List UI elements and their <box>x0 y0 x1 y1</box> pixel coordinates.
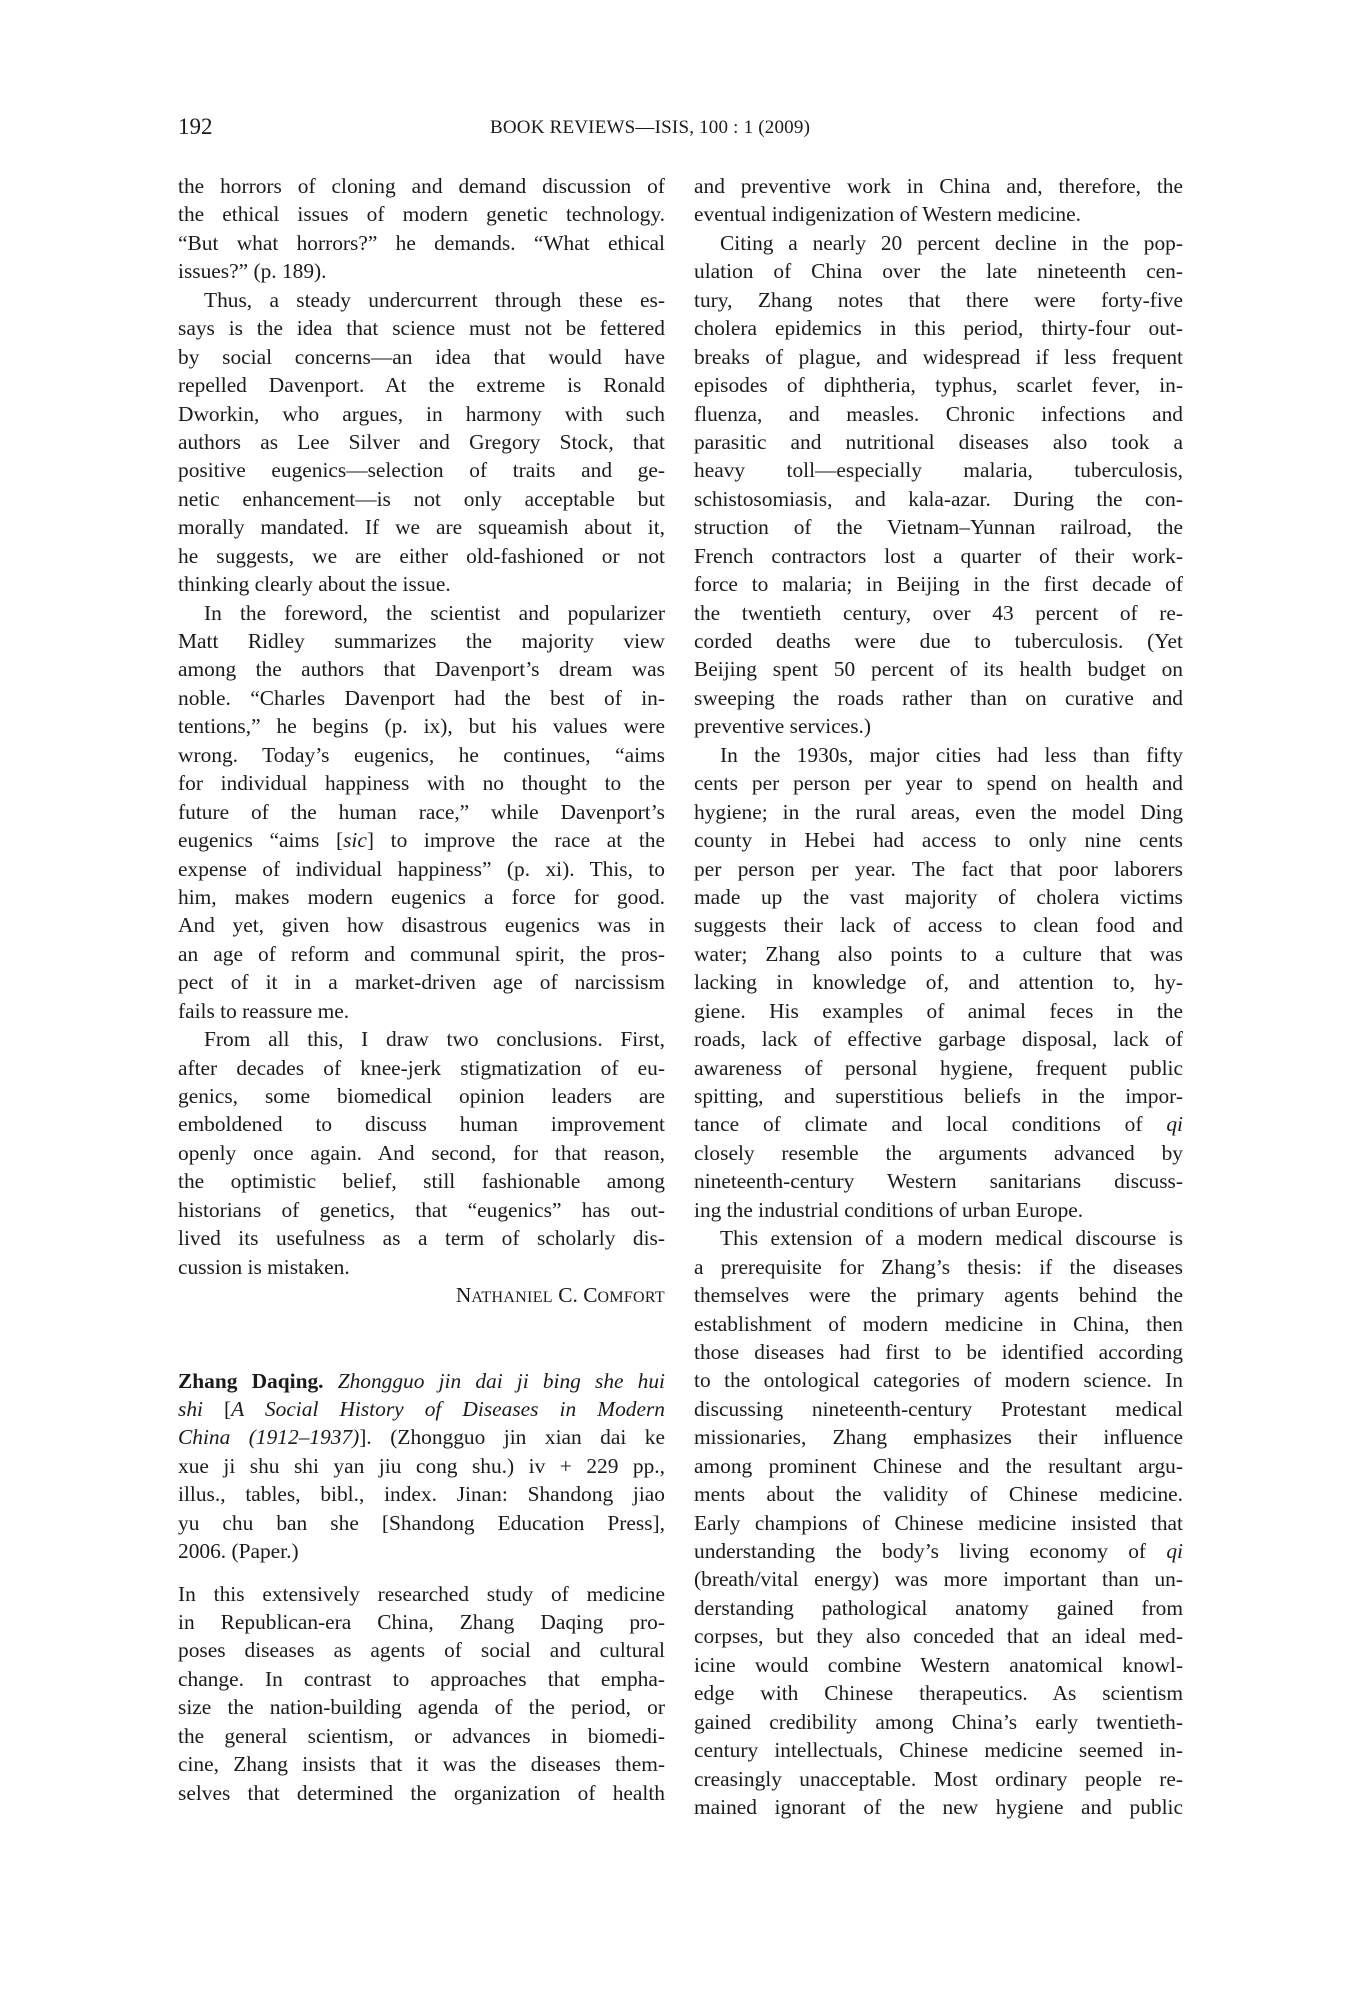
text-line: tance of climate and local conditions of… <box>694 1110 1183 1138</box>
text-line: In this extensively researched study of … <box>178 1580 665 1608</box>
text-line: among prominent Chinese and the resultan… <box>694 1452 1183 1480</box>
text-line: Dworkin, who argues, in harmony with suc… <box>178 400 665 428</box>
text-line: morally mandated. If we are squeamish ab… <box>178 513 665 541</box>
text-line: after decades of knee-jerk stigmatizatio… <box>178 1054 665 1082</box>
text-line: tury, Zhang notes that there were forty-… <box>694 286 1183 314</box>
paragraph: the horrors of cloning and demand discus… <box>178 172 665 286</box>
text-line: in Republican-era China, Zhang Daqing pr… <box>178 1608 665 1636</box>
text-line: historians of genetics, that “eugenics” … <box>178 1196 665 1224</box>
text-line: noble. “Charles Davenport had the best o… <box>178 684 665 712</box>
text-line: lacking in knowledge of, and attention t… <box>694 968 1183 996</box>
text-line: “But what horrors?” he demands. “What et… <box>178 229 665 257</box>
text-line: openly once again. And second, for that … <box>178 1139 665 1167</box>
text-line: says is the idea that science must not b… <box>178 314 665 342</box>
paragraph: and preventive work in China and, theref… <box>694 172 1183 229</box>
text-line: establishment of modern medicine in Chin… <box>694 1310 1183 1338</box>
text-line: French contractors lost a quarter of the… <box>694 542 1183 570</box>
text-line: ulation of China over the late nineteent… <box>694 257 1183 285</box>
text-line: expense of individual happiness” (p. xi)… <box>178 855 665 883</box>
text-line: In the 1930s, major cities had less than… <box>694 741 1183 769</box>
text-line: issues?” (p. 189). <box>178 257 665 285</box>
page-number: 192 <box>178 114 213 140</box>
text-line: water; Zhang also points to a culture th… <box>694 940 1183 968</box>
text-line: cussion is mistaken. <box>178 1253 665 1281</box>
text-line: suggests their lack of access to clean f… <box>694 911 1183 939</box>
text-line: fails to reassure me. <box>178 997 665 1025</box>
text-line: mained ignorant of the new hygiene and p… <box>694 1793 1183 1821</box>
text-line: gained credibility among China’s early t… <box>694 1708 1183 1736</box>
text-line: schistosomiasis, and kala-azar. During t… <box>694 485 1183 513</box>
text-line: county in Hebei had access to only nine … <box>694 826 1183 854</box>
paragraph: Thus, a steady undercurrent through thes… <box>178 286 665 599</box>
text-line: for individual happiness with no thought… <box>178 769 665 797</box>
text-line: edge with Chinese therapeutics. As scien… <box>694 1679 1183 1707</box>
text-line: Thus, a steady undercurrent through thes… <box>178 286 665 314</box>
text-line: fluenza, and measles. Chronic infections… <box>694 400 1183 428</box>
left-column: the horrors of cloning and demand discus… <box>178 172 665 1807</box>
text-line: per person per year. The fact that poor … <box>694 855 1183 883</box>
text-line: sweeping the roads rather than on curati… <box>694 684 1183 712</box>
text-line: cholera epidemics in this period, thirty… <box>694 314 1183 342</box>
text-line: struction of the Vietnam–Yunnan railroad… <box>694 513 1183 541</box>
text-line: he suggests, we are either old-fashioned… <box>178 542 665 570</box>
text-line: nineteenth-century Western sanitarians d… <box>694 1167 1183 1195</box>
text-line: roads, lack of effective garbage disposa… <box>694 1025 1183 1053</box>
text-line: future of the human race,” while Davenpo… <box>178 798 665 826</box>
text-line: the ethical issues of modern genetic tec… <box>178 200 665 228</box>
reviewed-title: Zhongguo jin dai ji bing she hui <box>338 1369 665 1393</box>
text-line: wrong. Today’s eugenics, he continues, “… <box>178 741 665 769</box>
text-line: selves that determined the organization … <box>178 1779 665 1807</box>
text-line: themselves were the primary agents behin… <box>694 1281 1183 1309</box>
text-line: the horrors of cloning and demand discus… <box>178 172 665 200</box>
text-line: size the nation-building agenda of the p… <box>178 1693 665 1721</box>
paragraph: In the foreword, the scientist and popul… <box>178 599 665 1026</box>
running-head: BOOK REVIEWS—ISIS, 100 : 1 (2009) <box>490 117 810 139</box>
paragraph: From all this, I draw two conclusions. F… <box>178 1025 665 1281</box>
text-line: corded deaths were due to tuberculosis. … <box>694 627 1183 655</box>
text-line: awareness of personal hygiene, frequent … <box>694 1054 1183 1082</box>
text-line: preventive services.) <box>694 712 1183 740</box>
text-line: eventual indigenization of Western medic… <box>694 200 1183 228</box>
text-line: This extension of a modern medical disco… <box>694 1224 1183 1252</box>
text-line: genics, some biomedical opinion leaders … <box>178 1082 665 1110</box>
text-line: a prerequisite for Zhang’s thesis: if th… <box>694 1253 1183 1281</box>
text-line: positive eugenics—selection of traits an… <box>178 456 665 484</box>
text-line: by social concerns—an idea that would ha… <box>178 343 665 371</box>
text-line: cents per person per year to spend on he… <box>694 769 1183 797</box>
text-line: tentions,” he begins (p. ix), but his va… <box>178 712 665 740</box>
text-line: ments about the validity of Chinese medi… <box>694 1480 1183 1508</box>
text-line: episodes of diphtheria, typhus, scarlet … <box>694 371 1183 399</box>
text-line: And yet, given how disastrous eugenics w… <box>178 911 665 939</box>
text-line: emboldened to discuss human improvement <box>178 1110 665 1138</box>
text-line: those diseases had first to be identifie… <box>694 1338 1183 1366</box>
text-line: change. In contrast to approaches that e… <box>178 1665 665 1693</box>
text-line: force to malaria; in Beijing in the firs… <box>694 570 1183 598</box>
text-line: discussing nineteenth-century Protestant… <box>694 1395 1183 1423</box>
text-line: Citing a nearly 20 percent decline in th… <box>694 229 1183 257</box>
text-line: cine, Zhang insists that it was the dise… <box>178 1750 665 1778</box>
text-line: spitting, and superstitious beliefs in t… <box>694 1082 1183 1110</box>
text-line: breaks of plague, and widespread if less… <box>694 343 1183 371</box>
text-line: the twentieth century, over 43 percent o… <box>694 599 1183 627</box>
paragraph: This extension of a modern medical disco… <box>694 1224 1183 1821</box>
text-line: Early champions of Chinese medicine insi… <box>694 1509 1183 1537</box>
text-line: In the foreword, the scientist and popul… <box>178 599 665 627</box>
text-line: corpses, but they also conceded that an … <box>694 1622 1183 1650</box>
reviewer-signature: NATHANIEL C. COMFORT <box>178 1281 665 1309</box>
text-line: hygiene; in the rural areas, even the mo… <box>694 798 1183 826</box>
text-line: missionaries, Zhang emphasizes their inf… <box>694 1423 1183 1451</box>
text-line: ing the industrial conditions of urban E… <box>694 1196 1183 1224</box>
text-line: the general scientism, or advances in bi… <box>178 1722 665 1750</box>
text-line: thinking clearly about the issue. <box>178 570 665 598</box>
text-line: netic enhancement—is not only acceptable… <box>178 485 665 513</box>
text-line: parasitic and nutritional diseases also … <box>694 428 1183 456</box>
review-heading: Zhang Daqing. Zhongguo jin dai ji bing s… <box>178 1367 665 1566</box>
text-line: pect of it in a market-driven age of nar… <box>178 968 665 996</box>
text-line: authors as Lee Silver and Gregory Stock,… <box>178 428 665 456</box>
text-line: an age of reform and communal spirit, th… <box>178 940 665 968</box>
paragraph: Citing a nearly 20 percent decline in th… <box>694 229 1183 741</box>
text-line: derstanding pathological anatomy gained … <box>694 1594 1183 1622</box>
text-line: the optimistic belief, still fashionable… <box>178 1167 665 1195</box>
text-line: century intellectuals, Chinese medicine … <box>694 1736 1183 1764</box>
text-line: Beijing spent 50 percent of its health b… <box>694 655 1183 683</box>
text-line: creasingly unacceptable. Most ordinary p… <box>694 1765 1183 1793</box>
text-line: and preventive work in China and, theref… <box>694 172 1183 200</box>
text-line: heavy toll—especially malaria, tuberculo… <box>694 456 1183 484</box>
text-line: giene. His examples of animal feces in t… <box>694 997 1183 1025</box>
text-line: (breath/vital energy) was more important… <box>694 1565 1183 1593</box>
text-line: poses diseases as agents of social and c… <box>178 1636 665 1664</box>
text-line: eugenics “aims [sic] to improve the race… <box>178 826 665 854</box>
text-line: to the ontological categories of modern … <box>694 1366 1183 1394</box>
text-line: understanding the body’s living economy … <box>694 1537 1183 1565</box>
reviewed-author: Zhang Daqing. <box>178 1369 324 1393</box>
text-line: among the authors that Davenport’s dream… <box>178 655 665 683</box>
text-line: From all this, I draw two conclusions. F… <box>178 1025 665 1053</box>
text-line: repelled Davenport. At the extreme is Ro… <box>178 371 665 399</box>
text-line: closely resemble the arguments advanced … <box>694 1139 1183 1167</box>
text-line: made up the vast majority of cholera vic… <box>694 883 1183 911</box>
text-line: icine would combine Western anatomical k… <box>694 1651 1183 1679</box>
paragraph: In this extensively researched study of … <box>178 1580 665 1808</box>
paragraph: In the 1930s, major cities had less than… <box>694 741 1183 1224</box>
right-column: and preventive work in China and, theref… <box>694 172 1183 1821</box>
text-line: him, makes modern eugenics a force for g… <box>178 883 665 911</box>
text-line: Matt Ridley summarizes the majority view <box>178 627 665 655</box>
text-line: lived its usefulness as a term of schola… <box>178 1224 665 1252</box>
